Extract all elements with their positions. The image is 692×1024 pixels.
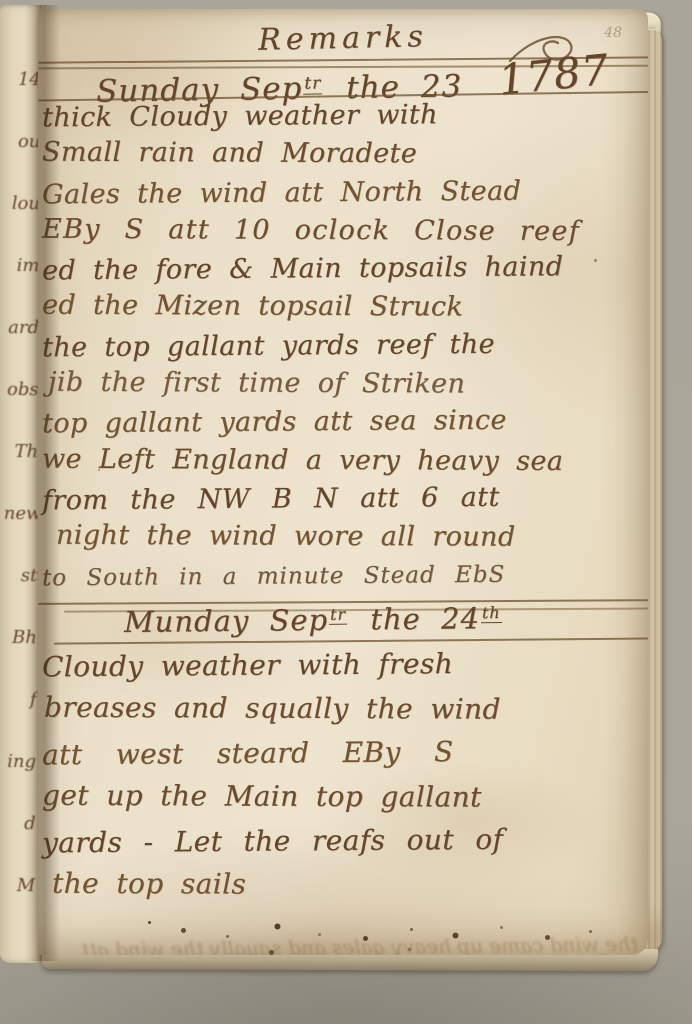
date-month-superscript: tr [329, 605, 347, 625]
journal-line: from the NW B N att 6 att [42, 478, 646, 521]
bleed-through-text: the wind came up heavy gales and squally… [48, 932, 638, 955]
date-daynum: the 24 [370, 601, 480, 636]
journal-line: get up the Main top gallant [42, 774, 646, 821]
journal-line: EBy S att 10 oclock Close reef [42, 211, 646, 252]
journal-line: the top sails [52, 862, 646, 909]
journal-line: Gales the wind att North Stead [42, 171, 646, 214]
date-day: Munday [124, 604, 250, 639]
date-ordinal-superscript: th [481, 603, 502, 623]
journal-entry-munday: Cloudy weather with fresh breases and sq… [42, 643, 646, 907]
photo-background: 14 ou lou im ard obs Th new st Bh f ing … [0, 0, 692, 1024]
entry-date-munday: Munday Septr the 24th [124, 601, 505, 639]
journal-line: Small rain and Moradete [42, 134, 646, 175]
journal-line: night the wind wore all round [56, 517, 646, 558]
ink-speck [594, 259, 597, 262]
journal-line: att west steard EBy S [42, 729, 646, 778]
journal-line: ed the fore & Main topsails haind [42, 248, 646, 291]
journal-line: breases and squally the wind [44, 686, 646, 733]
ink-speck [98, 469, 100, 471]
journal-line: jib the first time of Striken [48, 364, 646, 405]
journal-line: thick Cloudy weather with [42, 95, 646, 138]
journal-page: 48 Remarks Sunday Septr the 23 1787 thic… [38, 9, 648, 955]
journal-line: yards - Let the reafs out of [42, 817, 646, 866]
journal-line: the top gallant yards reef the [42, 324, 646, 367]
date-month-superscript: tr [303, 73, 322, 94]
journal-line: top gallant yards att sea since [42, 401, 646, 444]
book-fore-edge [646, 30, 662, 952]
ink-spots [148, 921, 151, 924]
journal-line: Cloudy weather with fresh [42, 641, 646, 690]
previous-page-text-fragments: 14 ou lou im ard obs Th new st Bh f ing … [1, 49, 41, 917]
date-month: Sep [269, 603, 328, 638]
journal-entry-sunday: thick Cloudy weather with Small rain and… [42, 97, 646, 595]
journal-line: ed the Mizen topsail Struck [42, 287, 646, 328]
journal-line: we Left England a very heavy sea [42, 440, 646, 481]
journal-line: to South in a minute Stead EbS [42, 554, 646, 597]
previous-page-edge: 14 ou lou im ard obs Th new st Bh f ing … [0, 5, 42, 963]
